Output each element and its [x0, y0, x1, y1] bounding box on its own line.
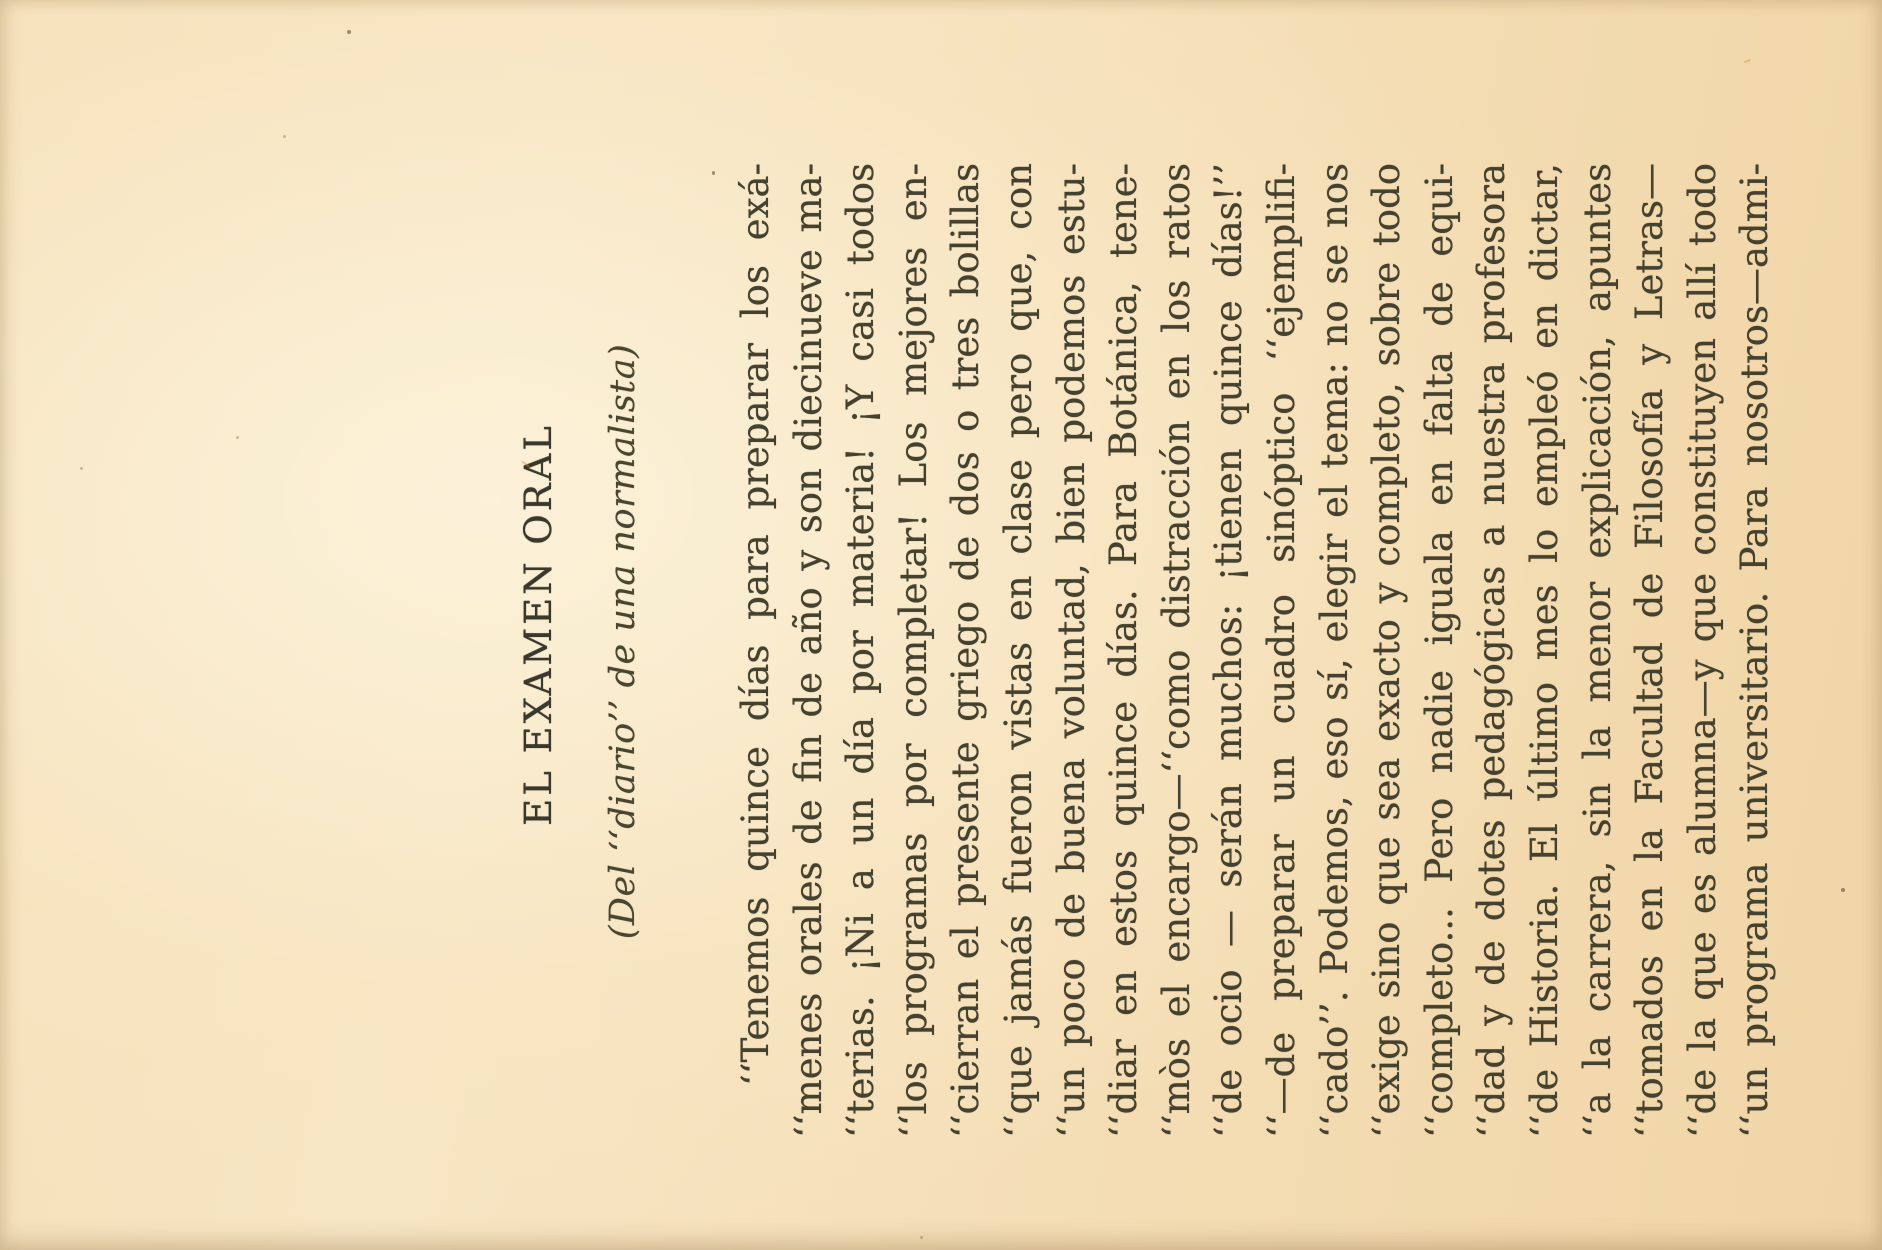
page-subtitle: (Del ‘‘diario’’ de una normalista)	[603, 163, 643, 1138]
text-line: ‘‘un poco de buena voluntad, bien podemo…	[1046, 163, 1099, 1138]
text-line: ‘‘menes orales de fin de año y son dieci…	[783, 163, 836, 1138]
page-title: EL EXAMEN ORAL	[517, 163, 560, 1138]
text-line: ‘‘diar en estos quince días. Para Botáni…	[1098, 163, 1151, 1138]
text-line: ‘‘mòs el encargo—‘‘como distracción en l…	[1151, 163, 1204, 1138]
text-line: ‘‘Tenemos quince días para preparar los …	[730, 163, 783, 1138]
scanned-page-background: EL EXAMEN ORAL (Del ‘‘diario’’ de una no…	[0, 0, 1882, 1250]
text-line: ‘‘cierran el presente griego de dos o tr…	[940, 163, 993, 1138]
text-line: ‘‘exige sino que sea exacto y completo, …	[1361, 163, 1414, 1138]
text-line: ‘‘—de preparar un cuadro sinóptico ‘‘eje…	[1256, 163, 1309, 1138]
text-line: ‘‘completo... Pero nadie iguala en falta…	[1414, 163, 1467, 1138]
text-line: ‘‘dad y de dotes pedagógicas a nuestra p…	[1466, 163, 1519, 1138]
body-paragraph: ‘‘Tenemos quince días para preparar los …	[730, 163, 1782, 1138]
text-line: ‘‘cado’’. Podemos, eso sí, elegir el tem…	[1309, 163, 1362, 1138]
text-line: ‘‘que jamás fueron vistas en clase pero …	[993, 163, 1046, 1138]
text-line: ‘‘tomados en la Facultad de Filosofía y …	[1624, 163, 1677, 1138]
text-line: ‘‘terias. ¡Ni a un día por materia! ¡Y c…	[835, 163, 888, 1138]
text-line: ‘‘de la que es alumna—y que constituyen …	[1677, 163, 1730, 1138]
rotated-book-page: EL EXAMEN ORAL (Del ‘‘diario’’ de una no…	[0, 0, 1882, 1250]
text-line: ‘‘de Historia. El último mes lo empleó e…	[1519, 163, 1572, 1138]
text-line: ‘‘los programas por completar! Los mejor…	[888, 163, 941, 1138]
text-line: ‘‘a la carrera, sin la menor explicación…	[1572, 163, 1625, 1138]
text-line: ‘‘un programa universitario. Para nosotr…	[1729, 163, 1782, 1138]
text-line: ‘‘de ocio — serán muchos: ¡tienen quince…	[1203, 163, 1256, 1138]
